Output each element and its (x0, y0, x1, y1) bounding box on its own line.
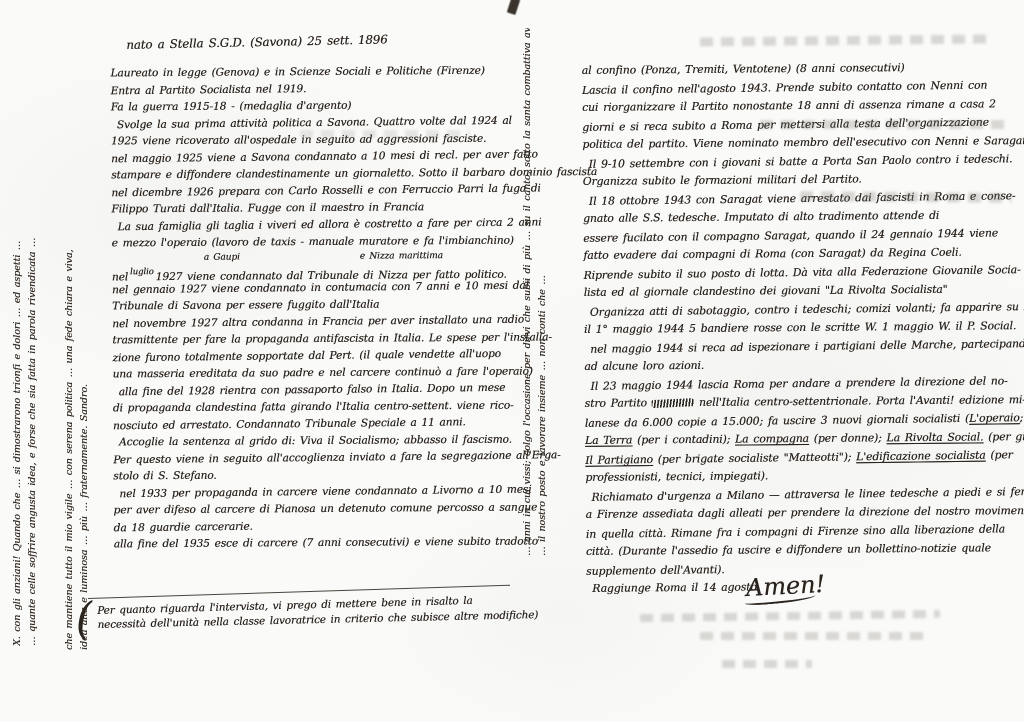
line-fragment: nell'Italia centro-settentrionale. Porta… (699, 393, 1024, 409)
margin-annotation-right-page: … anni in cui vissi; colgo l'occasione p… (520, 28, 550, 556)
margin-annotation-line: che mantiene tutto il mio vigile … con s… (62, 185, 77, 650)
line-fragment: (per i contadini); (632, 433, 735, 447)
line-fragment: (per (985, 448, 1012, 461)
postscript-note: Per quanto riguarda l'intervista, vi pre… (97, 593, 538, 633)
interline-correction-word: e Nizza marittima (360, 251, 443, 262)
line-fragment: (per giovani; (983, 430, 1024, 444)
journal-title: La compagna (735, 432, 809, 446)
interline-correction-word: a Gaupi (204, 253, 240, 263)
line-fragment: (per brigate socialiste "Matteotti"); (653, 450, 856, 466)
bleedthrough-smudge (760, 120, 1010, 129)
bleedthrough-smudge (722, 660, 812, 668)
birth-date-line: nato a Stella S.G.D. (Savona) 25 sett. 1… (110, 30, 512, 52)
margin-annotation-line: … anni in cui vissi; colgo l'occasione p… (520, 28, 535, 556)
bleedthrough-smudge (300, 130, 470, 138)
journal-title: La Rivolta Social. (886, 430, 983, 444)
journal-title: L'operaio (969, 411, 1020, 425)
line-fragment: ; (1020, 411, 1024, 424)
journal-title: Il Partigiano (585, 452, 653, 466)
line-fragment: lanese da 6.000 copie a 15.000; fa uscir… (585, 411, 969, 429)
bleedthrough-smudge (800, 191, 1012, 203)
margin-annotation-line: idea alta e luminosa … più … fraternamen… (77, 185, 92, 650)
margin-annotation-line: … quante celle soffrire angusta idea, e … (25, 56, 40, 646)
line-fragment: stro Partito (585, 396, 647, 410)
left-page-text: nato a Stella S.G.D. (Savona) 25 sett. 1… (110, 33, 516, 554)
line-fragment: (per donne); (809, 431, 887, 445)
signature: Amen! (741, 570, 829, 605)
margin-annotation-inner: che mantiene tutto il mio vigile … con s… (62, 185, 92, 650)
bleedthrough-smudge (700, 632, 930, 640)
margin-annotation-line: X. con gli anziani! Quando che … si dimo… (10, 56, 25, 646)
journal-title: L'edificazione socialista (856, 448, 986, 463)
interline-correction-word: luglio (130, 267, 154, 277)
margin-annotation-outer: X. con gli anziani! Quando che … si dimo… (10, 56, 40, 646)
margin-annotation-line: … il nostro posto e lavorare insieme … n… (535, 28, 550, 556)
journal-title: La Terra (585, 433, 632, 446)
right-page-text: al confino (Ponza, Tremiti, Ventotene) (… (582, 58, 1023, 598)
scan-corner-mark (507, 0, 521, 15)
scratched-out-word (652, 398, 694, 408)
bleedthrough-smudge (640, 610, 940, 622)
bleedthrough-smudge (700, 34, 990, 46)
